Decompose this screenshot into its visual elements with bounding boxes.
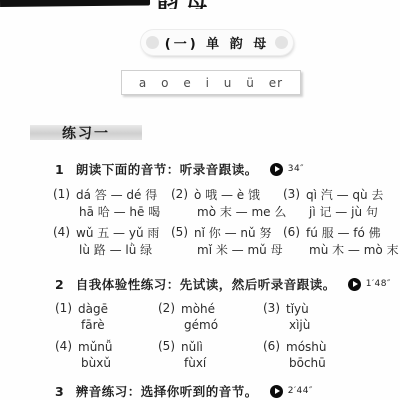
exercise-number: 3 xyxy=(55,384,64,399)
pinyin-line-2: bōchū xyxy=(286,355,327,371)
item-number: (5) xyxy=(158,339,175,353)
section-badge: (一) 单 韵 母 xyxy=(141,30,293,55)
exercise-instruction: 自我体验性练习：先试读，然后听录音跟读。 xyxy=(76,275,336,293)
play-icon xyxy=(270,385,283,398)
pinyin-line-2: bùxǔ xyxy=(78,355,113,371)
exercise-1-items: (1) dá 答 — dé 得hā 哈 — hē 喝 (2) ò 哦 — è 饿… xyxy=(53,187,383,259)
list-item: (4) wǔ 五 — yǔ 雨lù 路 — lǜ 绿 xyxy=(53,225,171,259)
pinyin-line-1: wǔ 五 — yǔ 雨 xyxy=(76,225,159,242)
pinyin-line-1: qì 汽 — qù 去 xyxy=(306,187,383,204)
item-number: (2) xyxy=(171,187,188,201)
list-item: (1) dá 答 — dé 得hā 哈 — hē 喝 xyxy=(53,187,171,221)
pinyin-line-2: fùxí xyxy=(181,355,206,371)
item-number: (6) xyxy=(263,339,280,353)
pinyin-line-1: dàgē xyxy=(78,301,108,317)
pinyin-line-2: gémó xyxy=(181,317,218,333)
badge-circle-left-icon xyxy=(146,36,159,49)
play-icon xyxy=(348,278,361,291)
list-item: (4) mǔnǚbùxǔ xyxy=(55,339,158,371)
pinyin-line-1: tǐyù xyxy=(286,301,310,317)
list-item: (2) ò 哦 — è 饿mò 末 — me 么 xyxy=(171,187,283,221)
list-item: (6) móshùbōchū xyxy=(263,339,375,371)
exercise-instruction: 朗读下面的音节：听录音跟读。 xyxy=(76,160,258,178)
pinyin-line-1: mǔnǚ xyxy=(78,339,113,355)
exercise-number: 2 xyxy=(55,277,64,292)
pinyin-line-1: mòhé xyxy=(181,301,218,317)
list-item: (5) nǔlìfùxí xyxy=(158,339,263,371)
exercise-section-title: 练习一 xyxy=(62,123,110,143)
exercise-1-header: 1 朗读下面的音节：听录音跟读。 34″ xyxy=(55,160,304,178)
pinyin-line-2: fārè xyxy=(78,317,108,333)
item-number: (3) xyxy=(283,187,300,201)
exercise-section-header: 练习一 xyxy=(30,125,142,140)
vowel-box: a o e i u ü er xyxy=(121,70,301,95)
page-title-partial: 韵母 xyxy=(157,0,237,9)
vowel-letter: er xyxy=(269,76,283,90)
pinyin-line-1: móshù xyxy=(286,339,327,355)
audio-control: 2′44″ xyxy=(270,385,313,398)
pinyin-line-2: jì 记 — jù 句 xyxy=(306,204,383,221)
item-number: (4) xyxy=(55,339,72,353)
audio-control: 1′48″ xyxy=(348,278,391,291)
exercise-instruction: 辨音练习：选择你听到的音节。 xyxy=(76,382,258,400)
pinyin-line-1: nǔlì xyxy=(181,339,206,355)
audio-duration: 34″ xyxy=(288,164,304,174)
item-number: (4) xyxy=(53,225,70,239)
vowel-letter: i xyxy=(206,76,210,90)
pinyin-line-2: mù 木 — mò 末 xyxy=(306,242,399,259)
badge-circle-right-icon xyxy=(275,36,288,49)
pinyin-line-2: hā 哈 — hē 喝 xyxy=(76,204,160,221)
vowel-letter: u xyxy=(224,76,233,90)
list-item: (3) qì 汽 — qù 去jì 记 — jù 句 xyxy=(283,187,399,221)
item-number: (3) xyxy=(263,301,280,315)
pinyin-line-1: fú 服 — fó 佛 xyxy=(306,225,399,242)
item-number: (5) xyxy=(171,225,188,239)
item-number: (6) xyxy=(283,225,300,239)
play-triangle-icon xyxy=(275,166,280,172)
audio-duration: 2′44″ xyxy=(288,386,313,396)
page-title-text: 韵母 xyxy=(157,0,237,9)
vowel-letter: a xyxy=(139,76,147,90)
pinyin-line-2: lù 路 — lǜ 绿 xyxy=(76,242,159,259)
list-item: (5) nǐ 你 — nǔ 努mǐ 米 — mǔ 母 xyxy=(171,225,283,259)
item-number: (2) xyxy=(158,301,175,315)
pinyin-line-2: mǐ 米 — mǔ 母 xyxy=(194,242,283,259)
pinyin-line-2: mò 末 — me 么 xyxy=(194,204,286,221)
section-badge-label: (一) 单 韵 母 xyxy=(165,33,269,52)
audio-control: 34″ xyxy=(270,163,304,176)
exercise-3-header: 3 辨音练习：选择你听到的音节。 2′44″ xyxy=(55,382,313,400)
list-item: (2) mòhégémó xyxy=(158,301,263,333)
pinyin-line-1: ò 哦 — è 饿 xyxy=(194,187,286,204)
play-icon xyxy=(270,163,283,176)
item-number: (1) xyxy=(53,187,70,201)
pinyin-line-2: xìjù xyxy=(286,317,310,333)
vowel-letter: ü xyxy=(246,76,255,90)
play-triangle-icon xyxy=(353,281,358,287)
scanned-textbook-page: 韵母 (一) 单 韵 母 a o e i u ü er 练习一 1 朗读下面的音… xyxy=(0,0,400,400)
cutoff-header-banner xyxy=(0,0,150,7)
exercise-2-items: (1) dàgēfārè (2) mòhégémó (3) tǐyùxìjù (… xyxy=(55,301,375,371)
audio-duration: 1′48″ xyxy=(366,279,391,289)
pinyin-line-1: nǐ 你 — nǔ 努 xyxy=(194,225,283,242)
pinyin-line-1: dá 答 — dé 得 xyxy=(76,187,160,204)
list-item: (1) dàgēfārè xyxy=(55,301,158,333)
vowel-letter: o xyxy=(161,76,169,90)
play-triangle-icon xyxy=(275,388,280,394)
item-number: (1) xyxy=(55,301,72,315)
list-item: (3) tǐyùxìjù xyxy=(263,301,375,333)
vowel-letter: e xyxy=(183,76,191,90)
list-item: (6) fú 服 — fó 佛mù 木 — mò 末 xyxy=(283,225,399,259)
exercise-2-header: 2 自我体验性练习：先试读，然后听录音跟读。 1′48″ xyxy=(55,275,391,293)
exercise-number: 1 xyxy=(55,162,64,177)
